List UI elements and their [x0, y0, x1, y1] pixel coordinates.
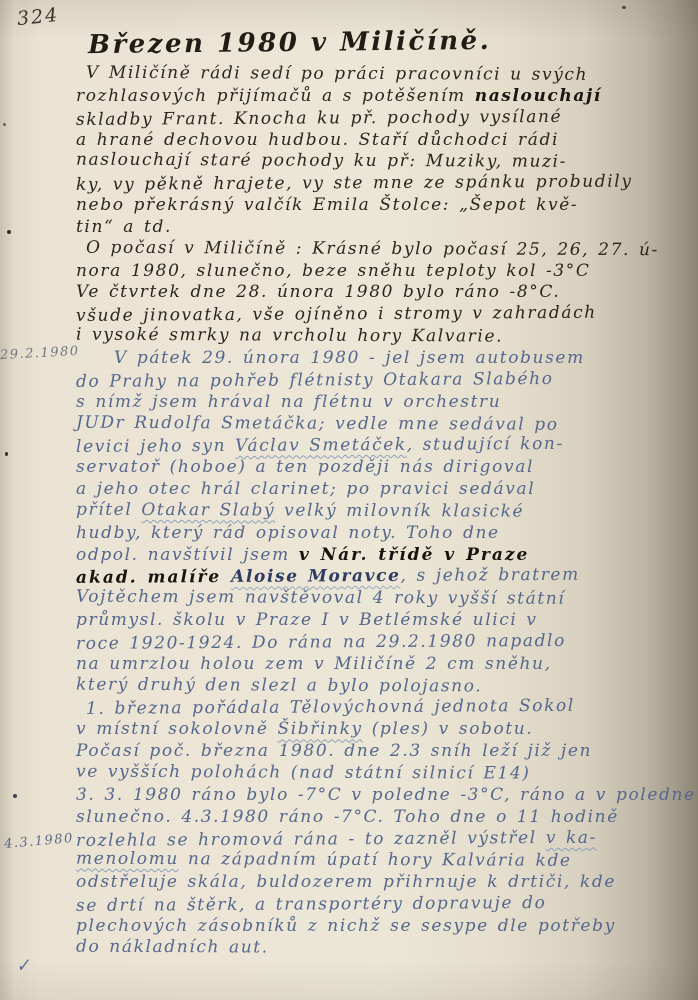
handwritten-text: odpol. navštívil jsem	[76, 545, 299, 565]
handwritten-text: v Nár. třídě v Praze	[299, 545, 530, 565]
handwritten-text: naslouchají	[475, 86, 602, 106]
handwritten-line: do nákladních aut.	[76, 936, 692, 961]
handwritten-line: nora 1980, slunečno, beze sněhu teploty …	[76, 261, 692, 283]
page-title: Březen 1980 v Miličíně.	[88, 26, 491, 60]
handwritten-text: Vojtěchem jsem navštěvoval 4 roky vyšší …	[76, 587, 565, 609]
handwritten-text: ve vyšších polohách (nad státní silnicí …	[76, 762, 531, 784]
handwritten-text: O počasí v Miličíně : Krásné bylo počasí…	[86, 237, 659, 259]
handwritten-text: a hrané dechovou hudbou. Staří důchodci …	[76, 130, 559, 150]
handwritten-text: skladby Frant. Knocha ku př. pochody vys…	[76, 107, 562, 130]
handwritten-text: , s jehož bratrem	[400, 565, 579, 586]
handwritten-text: Počasí poč. března 1980. dne 2.3 sníh le…	[76, 741, 592, 761]
ink-speck	[13, 794, 17, 798]
handwritten-text: všude jinovatka, vše ojíněno i stromy v …	[76, 303, 597, 326]
handwritten-text: nora 1980, slunečno, beze sněhu teploty …	[76, 261, 590, 281]
text-block: V Miličíně rádi sedí po práci pracovníci…	[76, 64, 692, 960]
handwritten-text: se drtí na štěrk, a transportéry dopravu…	[76, 893, 547, 916]
handwritten-text: i vysoké smrky na vrcholu hory Kalvarie.	[76, 325, 503, 347]
handwritten-text: roce 1920-1924. Do rána na 29.2.1980 nap…	[76, 631, 566, 654]
handwritten-line: V pátek 29. února 1980 - jel jsem autobu…	[76, 348, 692, 370]
handwritten-line: slunečno. 4.3.1980 ráno -7°C. Toho dne o…	[76, 807, 692, 829]
handwritten-text: menolomu	[76, 849, 179, 869]
handwritten-text: do Prahy na pohřeb flétnisty Otakara Sla…	[76, 369, 554, 392]
handwritten-text: V pátek 29. února 1980 - jel jsem autobu…	[114, 348, 585, 368]
handwritten-text: a jeho otec hrál clarinet; po pravici se…	[76, 479, 535, 499]
page-number: 324	[16, 4, 60, 30]
handwritten-line: průmysl. školu v Praze I v Betlémské uli…	[76, 610, 692, 632]
handwritten-line: i vysoké smrky na vrcholu hory Kalvarie.	[76, 325, 692, 350]
handwritten-text: na západním úpatí hory Kalvária kde	[179, 849, 572, 871]
handwritten-text: Šibřinky	[278, 719, 363, 739]
handwritten-text: rozhlasových přijímačů a s potěšením	[76, 86, 475, 106]
handwritten-text: , studující kon-	[407, 434, 564, 455]
handwritten-line: odstřeluje skála, buldozerem přihrnuje k…	[76, 872, 692, 894]
handwritten-line: ve vyšších polohách (nad státní silnicí …	[76, 762, 692, 787]
handwritten-text: akad. malíře	[76, 567, 231, 588]
handwritten-text: levici jeho syn	[76, 436, 235, 457]
handwritten-line: 3. 3. 1980 ráno bylo -7°C v poledne -3°C…	[76, 785, 692, 807]
handwritten-text: slunečno. 4.3.1980 ráno -7°C. Toho dne o…	[76, 807, 619, 827]
handwritten-text: Ve čtvrtek dne 28. února 1980 bylo ráno …	[76, 282, 560, 302]
handwritten-text: 3. 3. 1980 ráno bylo -7°C v poledne -3°C…	[76, 785, 696, 805]
handwritten-line: tin“ a td.	[76, 217, 692, 239]
ink-speck	[7, 230, 11, 234]
handwritten-text: hudby, který rád opisoval noty. Toho dne	[76, 523, 500, 543]
handwritten-text: 1. března pořádala Tělovýchovná jednota …	[86, 696, 575, 719]
handwritten-line: se drtí na štěrk, a transportéry dopravu…	[76, 892, 692, 918]
handwritten-text: Aloise Moravce	[231, 566, 400, 587]
handwritten-line: nebo překrásný valčík Emila Štolce: „Šep…	[76, 195, 692, 217]
handwritten-line: menolomu na západním úpatí hory Kalvária…	[76, 849, 692, 874]
handwritten-line: přítel Otakar Slabý velký milovník klasi…	[76, 500, 692, 525]
handwritten-line: 1. března pořádala Tělovýchovná jednota …	[76, 696, 692, 722]
handwritten-text: servatoř (hoboe) a ten později nás dirig…	[76, 457, 534, 477]
handwritten-line: a jeho otec hrál clarinet; po pravici se…	[76, 479, 692, 501]
handwritten-line: Počasí poč. března 1980. dne 2.3 sníh le…	[76, 741, 692, 763]
handwritten-line: do Prahy na pohřeb flétnisty Otakara Sla…	[76, 368, 692, 394]
handwritten-text: ky, vy pěkně hrajete, vy ste mne ze spán…	[76, 172, 633, 195]
handwritten-text: který druhý den slezl a bylo polojasno.	[76, 674, 482, 696]
handwritten-text: JUDr Rudolfa Smetáčka; vedle mne sedával…	[76, 412, 559, 434]
ink-speck	[3, 123, 6, 126]
handwritten-text: nebo překrásný valčík Emila Štolce: „Šep…	[76, 195, 578, 215]
handwritten-text: velký milovník klasické	[275, 500, 524, 521]
handwritten-line: plechových zásobníků z nichž se sesype d…	[76, 916, 692, 938]
handwritten-text: s nímž jsem hrával na flétnu v orchestru	[76, 392, 501, 412]
handwritten-line: s nímž jsem hrával na flétnu v orchestru	[76, 392, 692, 414]
handwritten-line: O počasí v Miličíně : Krásné bylo počasí…	[76, 237, 692, 262]
handwritten-text: V Miličíně rádi sedí po práci pracovníci…	[86, 63, 588, 85]
handwritten-text: odstřeluje skála, buldozerem přihrnuje k…	[76, 872, 616, 892]
handwritten-line: a hrané dechovou hudbou. Staří důchodci …	[76, 130, 692, 152]
handwritten-text: v místní sokolovně	[76, 719, 278, 739]
handwritten-text: (ples) v sobotu.	[363, 719, 534, 739]
handwritten-text: Otakar Slabý	[141, 500, 275, 521]
handwritten-line: v místní sokolovně Šibřinky (ples) v sob…	[76, 719, 692, 741]
handwritten-line: Vojtěchem jsem navštěvoval 4 roky vyšší …	[76, 587, 692, 612]
handwritten-text: tin“ a td.	[76, 217, 172, 237]
handwritten-line: V Miličíně rádi sedí po práci pracovníci…	[76, 63, 692, 88]
handwritten-text: přítel	[76, 500, 141, 520]
handwritten-line: levici jeho syn Václav Smetáček, studují…	[76, 433, 692, 459]
ink-speck	[5, 452, 8, 456]
handwritten-line: roce 1920-1924. Do rána na 29.2.1980 nap…	[76, 630, 692, 656]
handwritten-text: rozlehla se hromová rána - to zazněl výs…	[76, 828, 546, 851]
handwritten-text: naslouchají staré pochody ku př: Muziky,…	[76, 150, 567, 172]
handwritten-text: Václav Smetáček	[235, 435, 407, 456]
handwritten-line: skladby Frant. Knocha ku př. pochody vys…	[76, 106, 692, 132]
handwritten-line: Ve čtvrtek dne 28. února 1980 bylo ráno …	[76, 282, 692, 304]
handwritten-line: na umrzlou holou zem v Miličíně 2 cm sně…	[76, 654, 692, 676]
handwritten-text: průmysl. školu v Praze I v Betlémské uli…	[76, 610, 538, 630]
handwritten-text: plechových zásobníků z nichž se sesype d…	[76, 916, 616, 936]
checkmark-icon: ✓	[15, 955, 32, 977]
ink-speck	[622, 6, 626, 9]
handwritten-line: ky, vy pěkně hrajete, vy ste mne ze spán…	[76, 171, 692, 197]
handwritten-text: v ka-	[546, 827, 597, 847]
handwritten-line: odpol. navštívil jsem v Nár. třídě v Pra…	[76, 545, 692, 567]
handwritten-line: servatoř (hoboe) a ten později nás dirig…	[76, 457, 692, 479]
handwritten-line: hudby, který rád opisoval noty. Toho dne	[76, 523, 692, 545]
handwritten-line: rozhlasových přijímačů a s potěšením nas…	[76, 86, 692, 108]
handwritten-text: do nákladních aut.	[76, 936, 269, 957]
handwritten-text: na umrzlou holou zem v Miličíně 2 cm sně…	[76, 654, 552, 674]
